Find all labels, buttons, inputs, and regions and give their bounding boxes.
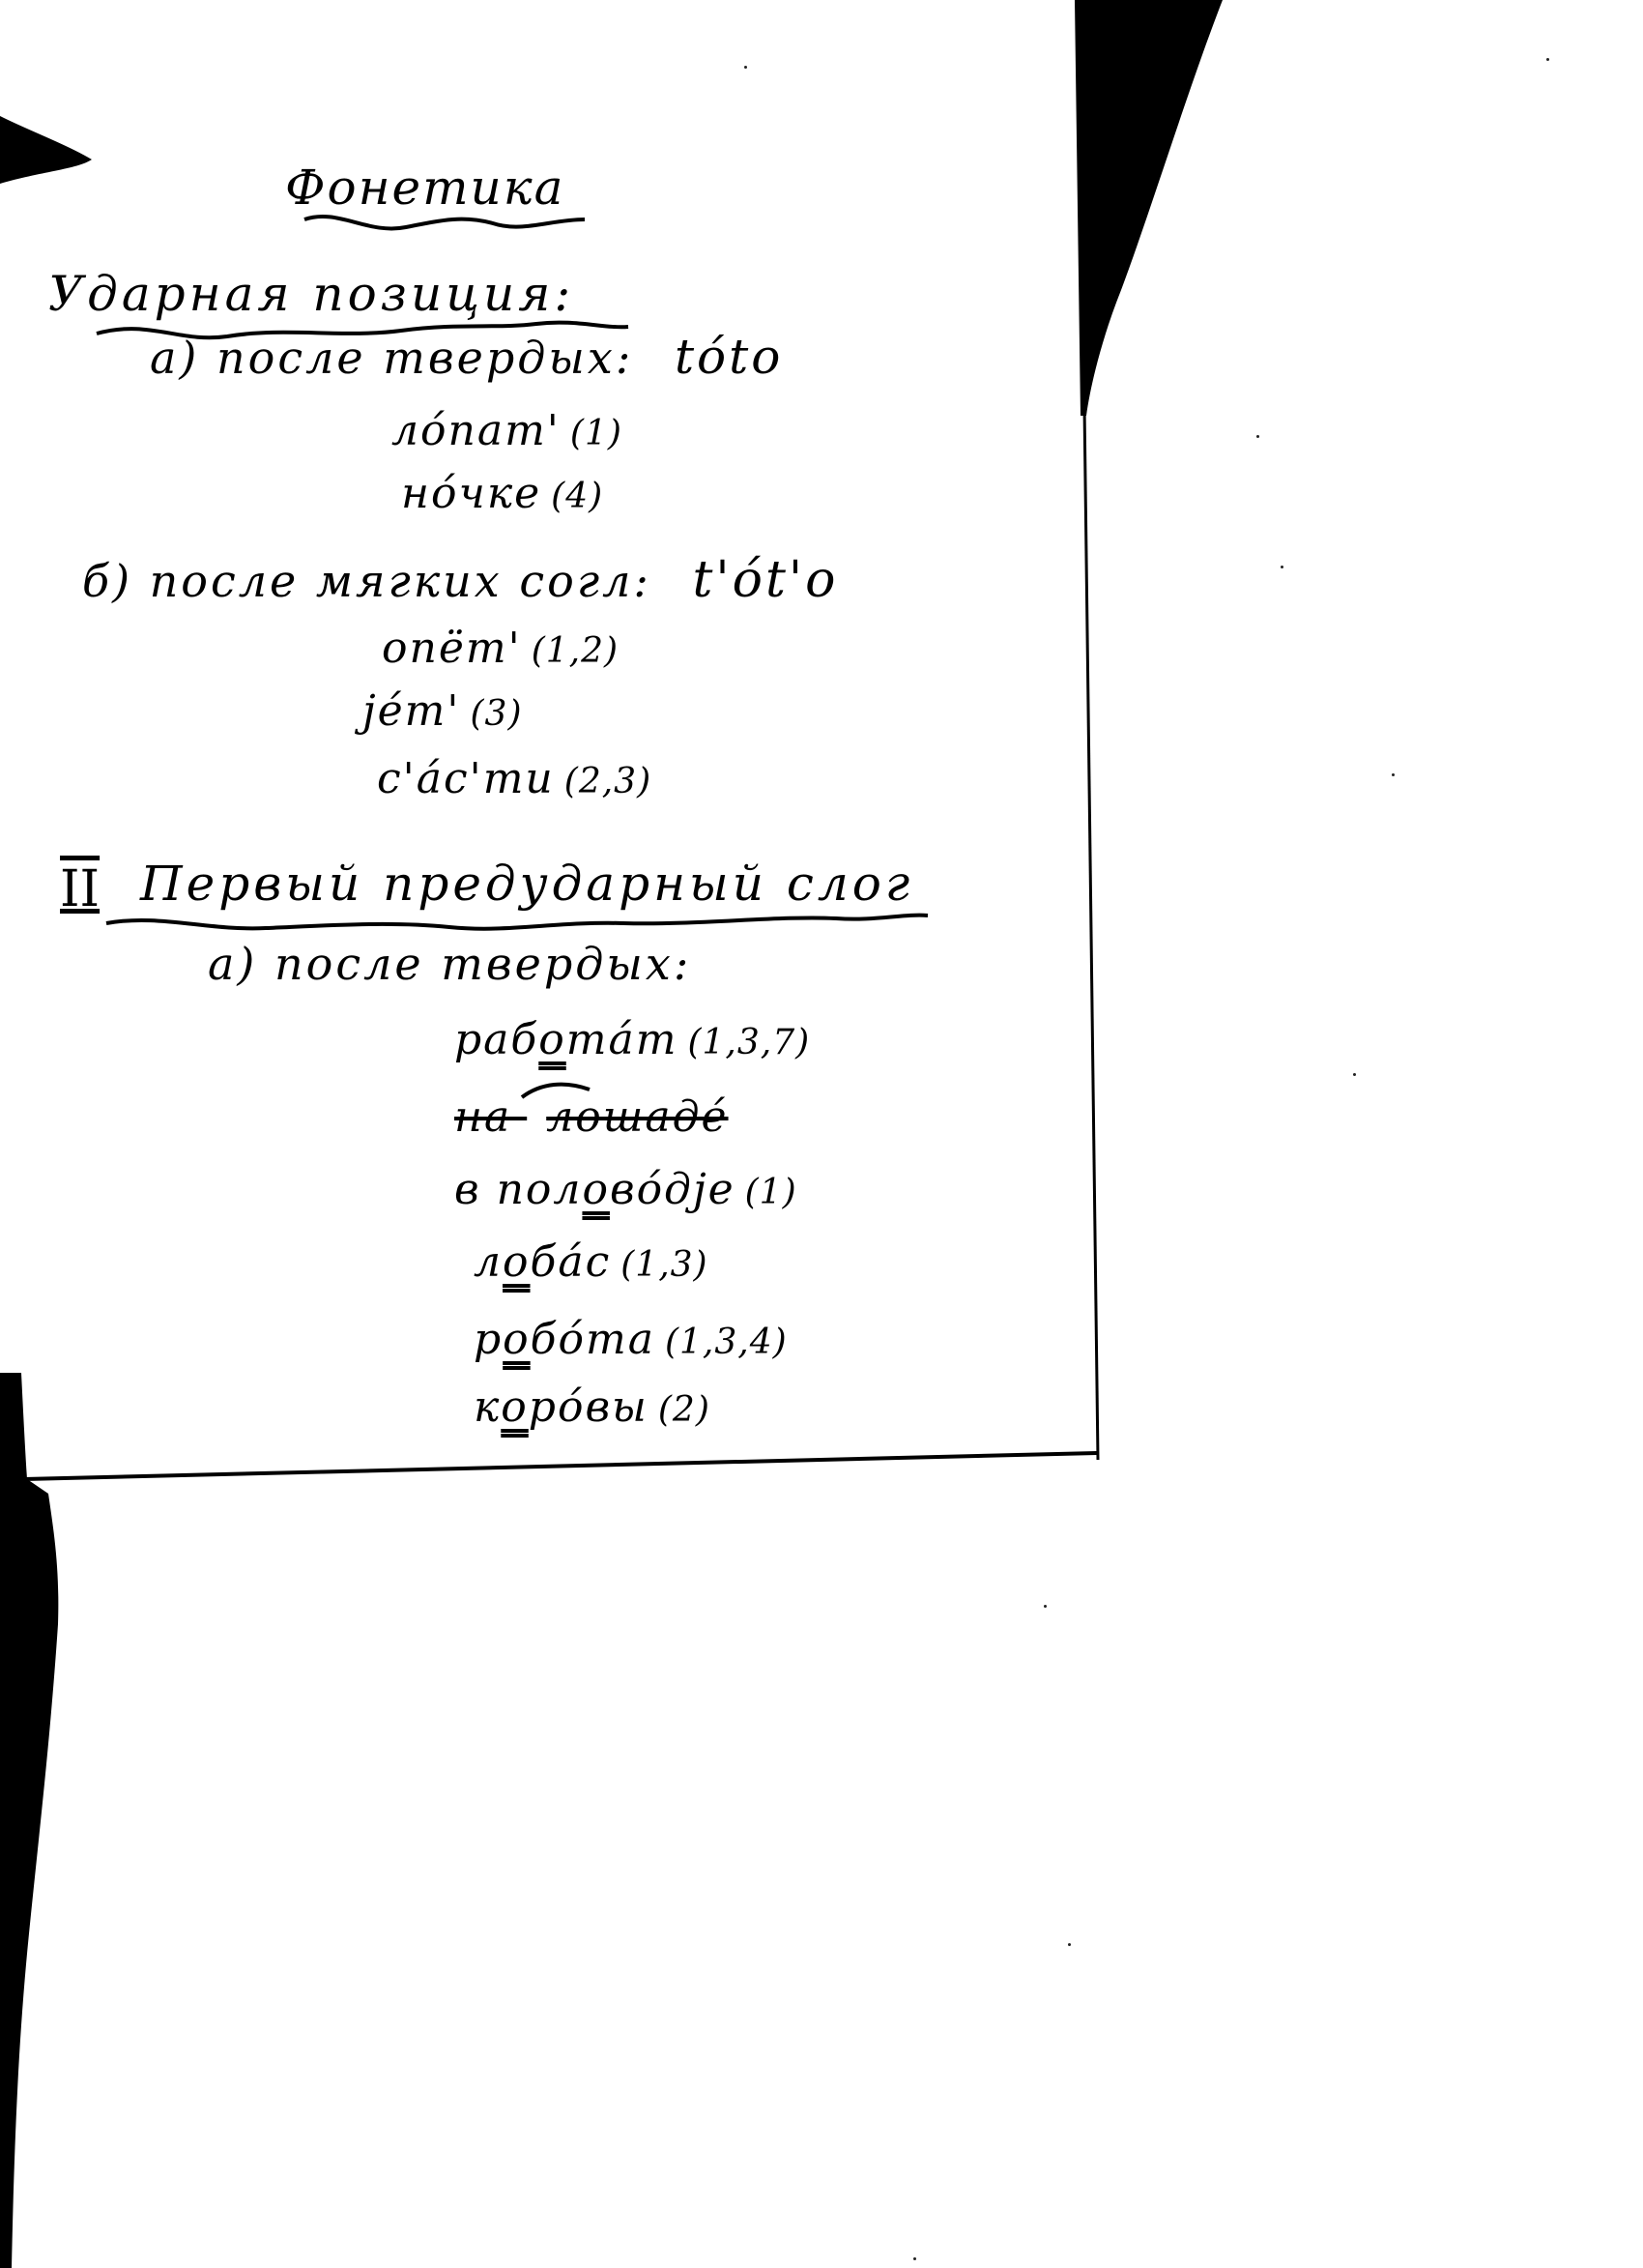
example-refs: (1) (570, 414, 622, 453)
scan-dot (1546, 58, 1549, 61)
example-word-pre: л (474, 1237, 503, 1287)
example-word-post: вóдje (610, 1165, 735, 1214)
section2a-label: а) после твердых: (208, 938, 691, 990)
example-item: лобáс(1,3) (474, 1237, 708, 1287)
example-refs: (1,3,4) (665, 1323, 788, 1362)
connector-arc (517, 1078, 594, 1102)
scan-dot (1256, 435, 1259, 438)
example-item: в половóдje(1) (454, 1165, 797, 1214)
scan-dot (1392, 773, 1395, 776)
example-word-marked-vowel: о (503, 1237, 531, 1287)
scan-dot (1281, 566, 1283, 568)
example-item: работáт(1,3,7) (454, 1015, 810, 1064)
example-refs: (1,3) (620, 1245, 707, 1285)
page-edge-bottom (24, 1453, 1097, 1479)
section1a-label-text: а) после твердых: (150, 332, 633, 384)
example-refs: (4) (551, 477, 603, 516)
page-edge-right (1084, 406, 1098, 1460)
scan-dot (744, 66, 747, 69)
example-word-pre: на (454, 1092, 527, 1142)
title-wavy-underline (300, 208, 590, 237)
example-word-marked-vowel: о (503, 1315, 531, 1364)
example-word-post: бáс (531, 1237, 612, 1287)
example-word-pre: р (474, 1315, 503, 1364)
example-refs: (2) (658, 1390, 710, 1430)
example-word: опёт' (382, 624, 522, 673)
example-word: jéт' (362, 686, 461, 736)
section2-wavy-underline (101, 904, 933, 943)
example-word-post: тáт (566, 1015, 678, 1064)
example-item: робóта(1,3,4) (474, 1315, 788, 1364)
example-item: нóчке(4) (401, 469, 603, 518)
example-word-post: рóвы (529, 1382, 649, 1432)
scan-strip-left (0, 1373, 58, 2268)
example-refs: (1,3,7) (687, 1023, 810, 1062)
example-item: с'áс'ти(2,3) (377, 754, 651, 803)
example-word-marked-vowel: о (501, 1382, 529, 1432)
example-item: лóпат'(1) (391, 406, 622, 455)
example-word-marked-vowel: о (582, 1165, 610, 1214)
example-word-pre: в пол (454, 1165, 582, 1214)
section1b-label: б) после мягких согл: t'ót'o (82, 551, 838, 609)
scan-dot (1353, 1073, 1356, 1076)
example-item: опёт'(1,2) (382, 624, 619, 673)
example-word: нóчке (401, 469, 541, 518)
scan-dot (913, 2257, 916, 2260)
example-refs: (2,3) (564, 762, 651, 801)
section1b-label-text: б) после мягких согл: (82, 555, 651, 607)
example-word-post: бóта (531, 1315, 655, 1364)
scan-dot (1044, 1605, 1047, 1608)
example-word-marked-vowel: о (538, 1015, 566, 1064)
section1b-pattern: t'ót'o (692, 551, 838, 609)
section2-numeral: II (60, 860, 100, 918)
example-refs: (1) (745, 1173, 797, 1212)
example-item: корóвы(2) (474, 1382, 710, 1432)
example-word-pre: к (474, 1382, 501, 1432)
scan-wedge-right (1075, 0, 1223, 416)
example-item: jéт'(3) (362, 686, 523, 736)
section1a-pattern: tóto (675, 329, 783, 385)
example-word: с'áс'ти (377, 754, 555, 803)
example-word: лóпат' (391, 406, 561, 455)
section1a-label: а) после твердых: tóto (150, 329, 783, 385)
example-refs: (3) (471, 694, 523, 734)
scan-dot (1068, 1943, 1071, 1946)
scan-smudge-top-left (0, 116, 92, 184)
example-refs: (1,2) (532, 631, 619, 671)
example-word-pre: раб (454, 1015, 538, 1064)
